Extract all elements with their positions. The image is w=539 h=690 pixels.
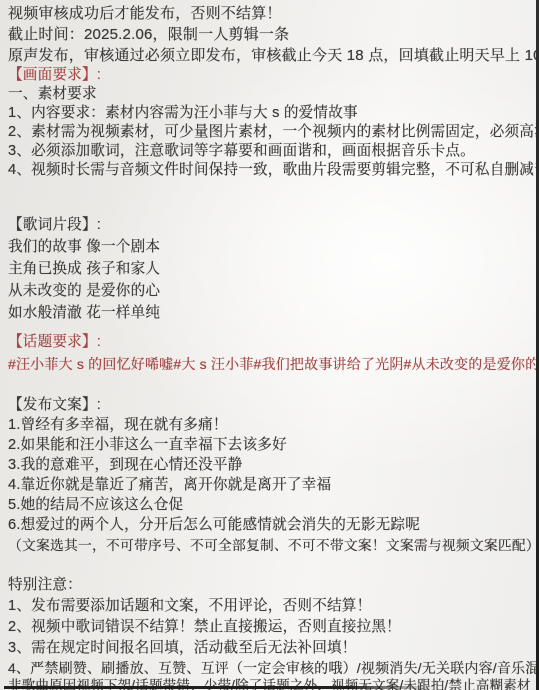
- copy-item: 2.如果能和汪小菲这么一直幸福下去该多好: [8, 435, 539, 455]
- copy-item: 6.想爱过的两个人，分开后怎么可能感情就会消失的无影无踪呢: [8, 515, 539, 535]
- screen-item: 2、素材需为视频素材，可少量图片素材，一个视频内的素材比例需固定，必须高清: [8, 123, 539, 142]
- section-header-lyrics: 【歌词片段】:: [8, 214, 539, 236]
- screen-item: 4、视频时长需与音频文件时间保持一致，歌曲片段需要剪辑完整，不可私自删减音频时长: [8, 161, 539, 180]
- section-header-special-notes: 特别注意：: [8, 575, 539, 596]
- photo-bottom-edge: [4, 686, 435, 689]
- lyric-line: 主角已换成 孩子和家人: [8, 258, 539, 280]
- intro-line-publish-rules: 原声发布，审核通过必须立即发布，审核截止今天 18 点，回填截止明天早上 10 …: [8, 45, 539, 66]
- screen-subheader: 一、素材要求: [8, 85, 539, 104]
- document-page: 视频审核成功后才能发布，否则不结算！ 截止时间：2025.2.06，限制一人剪辑…: [0, 0, 539, 690]
- lyric-line: 如水般清澈 花一样单纯: [8, 302, 539, 324]
- screen-item: 1、内容要求：素材内容需为汪小菲与大 s 的爱情故事: [8, 104, 539, 123]
- section-header-topics: 【话题要求】:: [8, 332, 539, 353]
- note-item: 2、视频中歌词错误不结算！禁止直接搬运，否则直接拉黑！: [8, 617, 539, 638]
- note-item: 1、发布需要添加话题和文案，不用评论，否则不结算！: [8, 596, 539, 617]
- hashtag-line: #汪小菲大 s 的回忆好唏嘘#大 s 汪小菲#我们把故事讲给了光阴#从未改变的是…: [8, 353, 539, 375]
- special-notes-section: 特别注意： 1、发布需要添加话题和文案，不用评论，否则不结算！ 2、视频中歌词错…: [8, 575, 539, 690]
- copy-item: 4.靠近你就是靠近了痛苦，离开你就是离开了幸福: [8, 475, 539, 495]
- lyric-line: 从未改变的 是爱你的心: [8, 280, 539, 302]
- copy-item: 1.曾经有多幸福，现在就有多痛！: [8, 415, 539, 435]
- topics-section: 【话题要求】: #汪小菲大 s 的回忆好唏嘘#大 s 汪小菲#我们把故事讲给了光…: [8, 332, 539, 375]
- intro-line-deadline: 截止时间：2025.2.06，限制一人剪辑一条: [8, 24, 539, 45]
- note-item: 4、严禁刷赞、刷播放、互赞、互评（一定会审核的哦）/视频消失/无关联内容/音乐混…: [8, 659, 539, 677]
- screen-item: 3、必须添加歌词，注意歌词等字幕要和画面谐和，画面根据音乐卡点。: [8, 142, 539, 161]
- section-header-copy: 【发布文案】:: [8, 395, 539, 415]
- lyric-line: 我们的故事 像一个剧本: [8, 236, 539, 258]
- copy-note: （文案选其一，不可带序号、不可全部复制、不可不带文案！文案需与视频文案匹配）: [8, 535, 539, 557]
- copy-section: 【发布文案】: 1.曾经有多幸福，现在就有多痛！ 2.如果能和汪小菲这么一直幸福…: [8, 395, 539, 557]
- lyrics-section: 【歌词片段】: 我们的故事 像一个剧本 主角已换成 孩子和家人 从未改变的 是爱…: [8, 214, 539, 324]
- section-header-screen-requirements: 【画面要求】:: [8, 66, 539, 85]
- copy-item: 5.她的结局不应该这么仓促: [8, 495, 539, 515]
- screen-requirements-section: 【画面要求】: 一、素材要求 1、内容要求：素材内容需为汪小菲与大 s 的爱情故…: [8, 66, 539, 180]
- copy-item: 3.我的意难平，到现在心情还没平静: [8, 455, 539, 475]
- intro-line: 视频审核成功后才能发布，否则不结算！: [8, 3, 539, 24]
- note-item: 3、需在规定时间报名回填，活动截至后无法补回填！: [8, 638, 539, 659]
- intro-section: 视频审核成功后才能发布，否则不结算！ 截止时间：2025.2.06，限制一人剪辑…: [8, 3, 539, 66]
